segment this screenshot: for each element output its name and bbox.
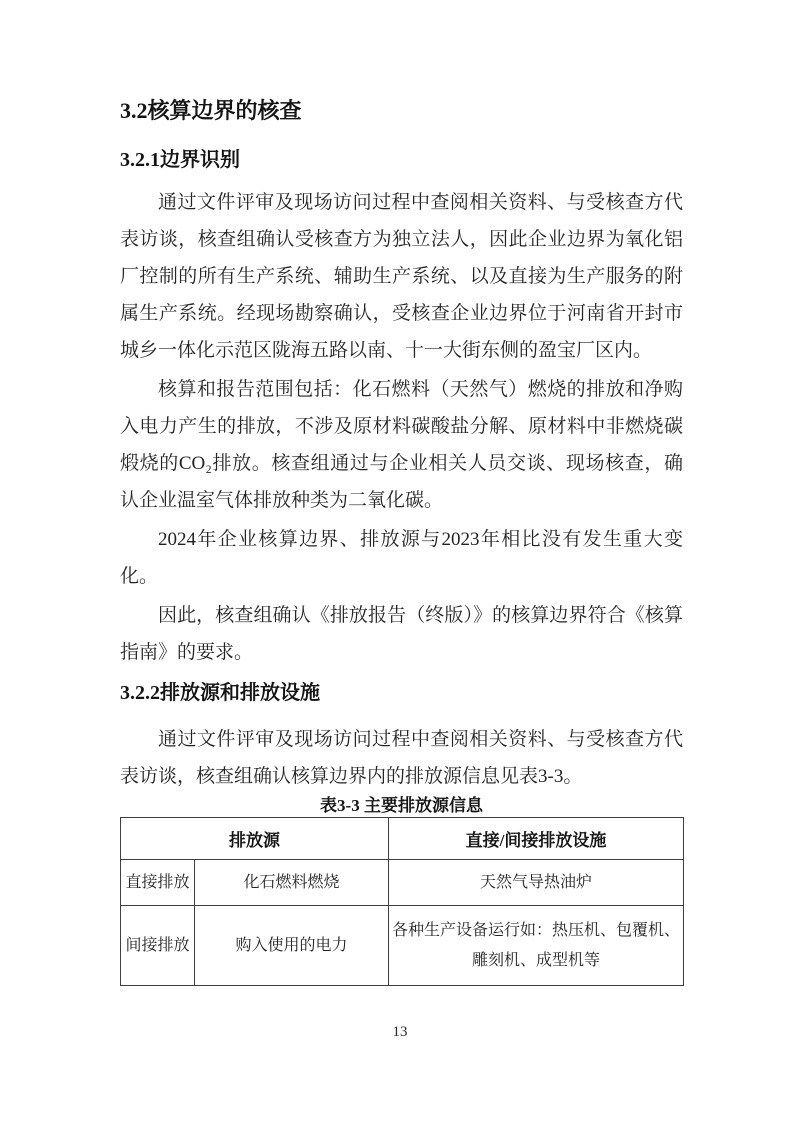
cell-emission-facility: 各种生产设备运行如：热压机、包覆机、雕刻机、成型机等 bbox=[389, 906, 684, 986]
section-heading-3-2: 3.2核算边界的核查 bbox=[120, 0, 683, 124]
table-row-direct-emission: 直接排放 化石燃料燃烧 天然气导热油炉 bbox=[121, 860, 684, 906]
cell-emission-source: 购入使用的电力 bbox=[195, 906, 389, 986]
emission-source-table: 排放源 直接/间接排放设施 直接排放 化石燃料燃烧 天然气导热油炉 间接排放 购… bbox=[120, 817, 684, 986]
header-cell-facility: 直接/间接排放设施 bbox=[389, 818, 684, 860]
paragraph-boundary-identification: 通过文件评审及现场访问过程中查阅相关资料、与受核查方代表访谈，核查组确认受核查方… bbox=[120, 184, 683, 369]
subsection-heading-3-2-2: 3.2.2排放源和排放设施 bbox=[120, 681, 683, 705]
table-header-row: 排放源 直接/间接排放设施 bbox=[121, 818, 684, 860]
table-row-indirect-emission: 间接排放 购入使用的电力 各种生产设备运行如：热压机、包覆机、雕刻机、成型机等 bbox=[121, 906, 684, 986]
cell-emission-facility: 天然气导热油炉 bbox=[389, 860, 684, 906]
paragraph-accounting-scope: 核算和报告范围包括：化石燃料（天然气）燃烧的排放和净购入电力产生的排放，不涉及原… bbox=[120, 371, 683, 519]
page-number: 13 bbox=[0, 1022, 800, 1042]
header-cell-emission-source: 排放源 bbox=[121, 818, 389, 860]
cell-emission-type: 间接排放 bbox=[121, 906, 195, 986]
subsection-heading-3-2-1: 3.2.1边界识别 bbox=[120, 148, 683, 172]
paragraph-boundary-change: 2024年企业核算边界、排放源与2023年相比没有发生重大变化。 bbox=[120, 521, 683, 595]
cell-emission-type: 直接排放 bbox=[121, 860, 195, 906]
document-page: 3.2核算边界的核查 3.2.1边界识别 通过文件评审及现场访问过程中查阅相关资… bbox=[0, 0, 800, 1131]
paragraph-emission-sources: 通过文件评审及现场访问过程中查阅相关资料、与受核查方代表访谈，核查组确认核算边界… bbox=[120, 721, 683, 795]
cell-emission-source: 化石燃料燃烧 bbox=[195, 860, 389, 906]
table-caption: 表3-3 主要排放源信息 bbox=[120, 795, 683, 817]
paragraph-boundary-confirmation: 因此，核查组确认《排放报告（终版）》的核算边界符合《核算指南》的要求。 bbox=[120, 597, 683, 671]
